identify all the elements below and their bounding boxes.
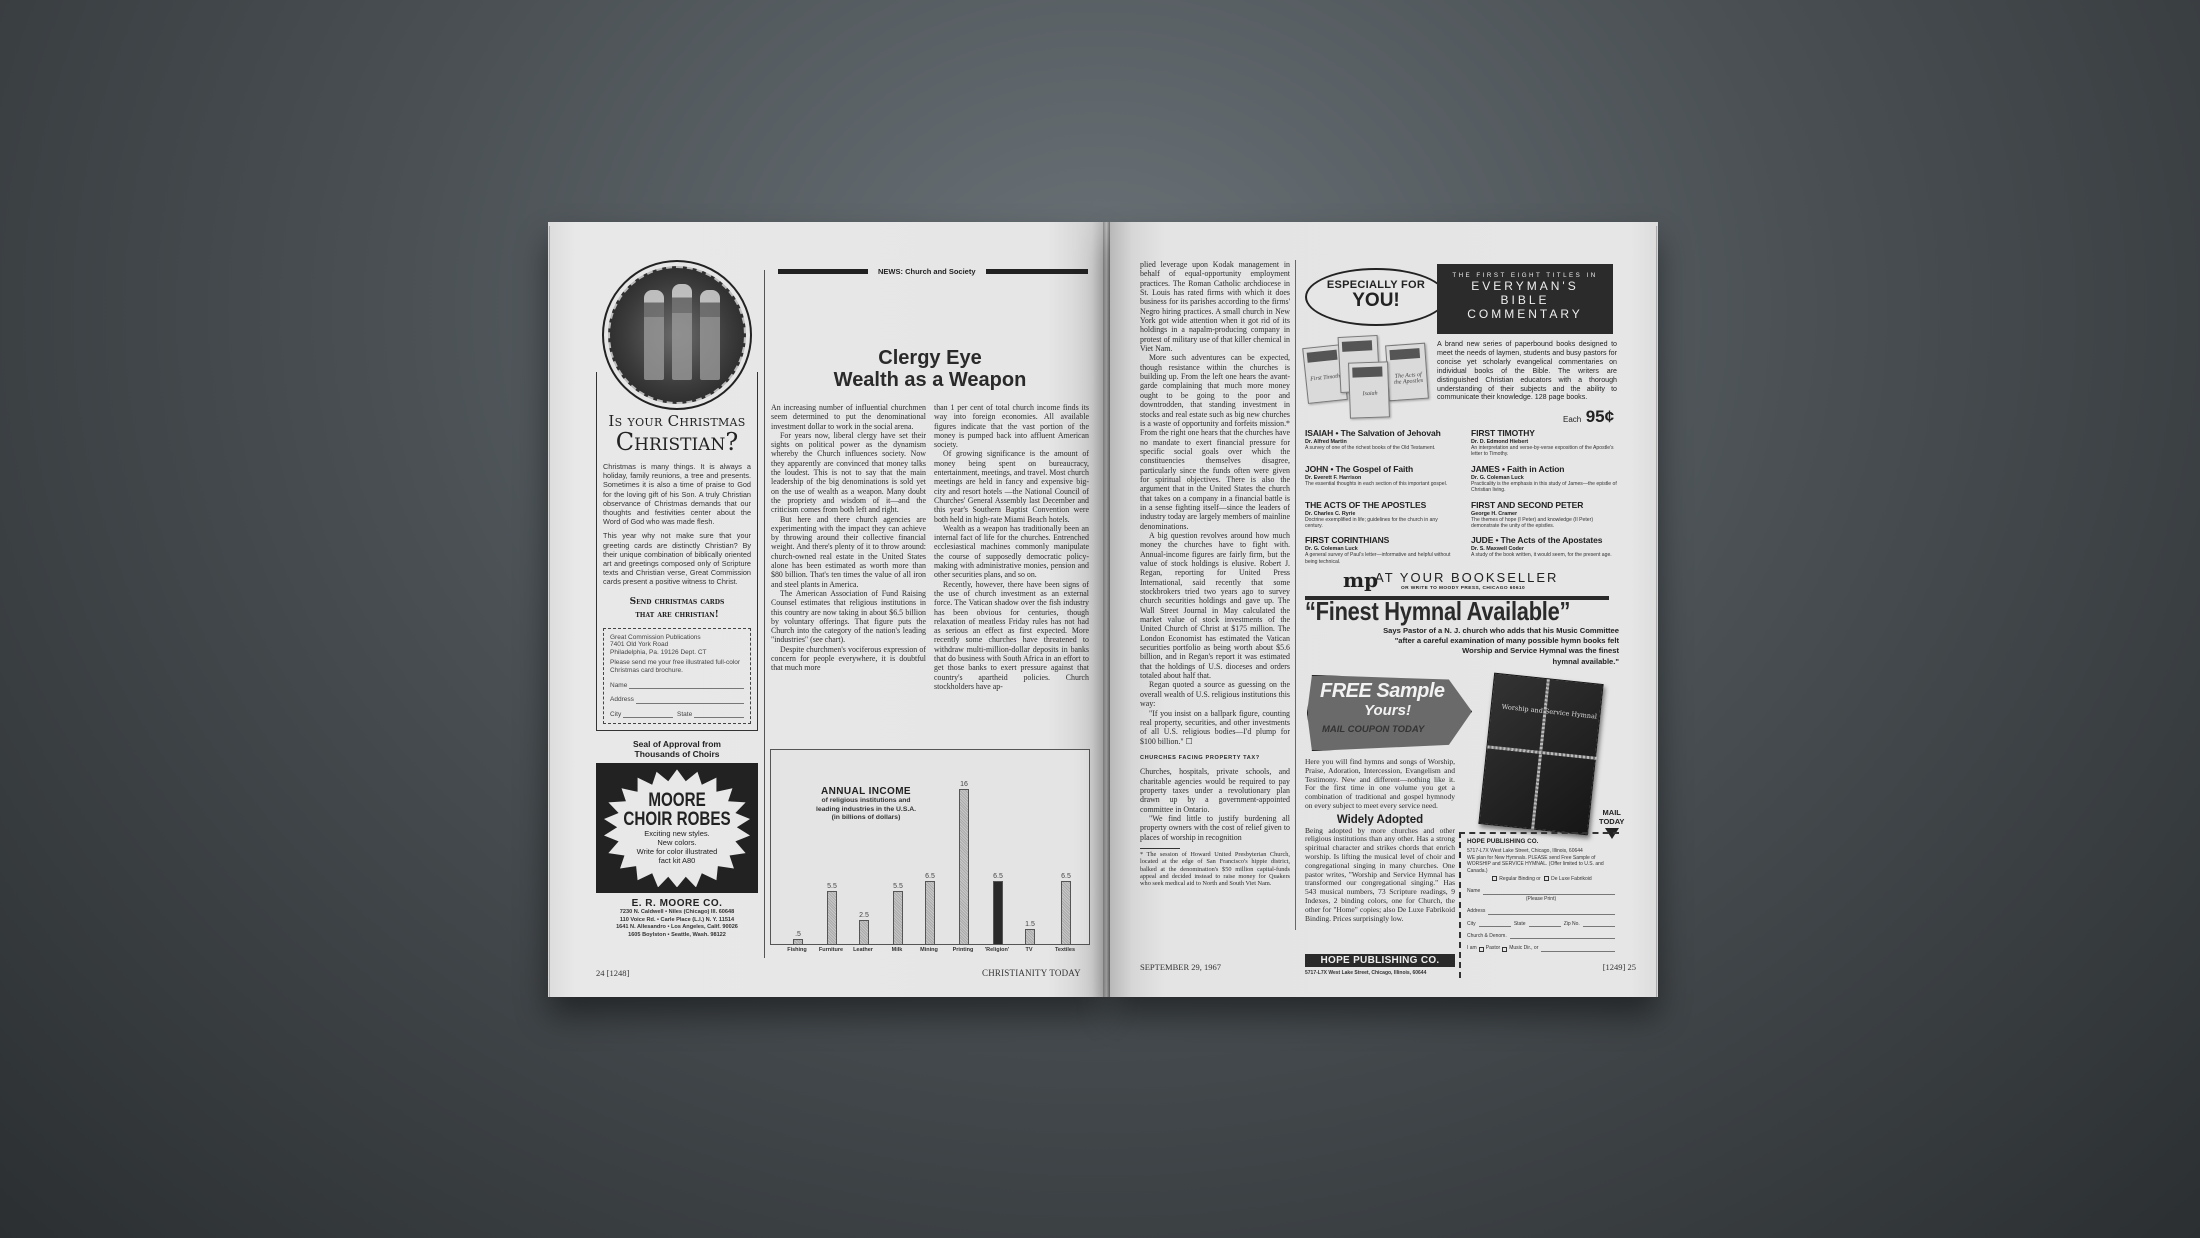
- chart-bar: 6.5: [925, 881, 935, 944]
- moore-title-1: MOORE: [623, 791, 730, 810]
- book-covers-image: First Timothy The Acts of the Apostles I…: [1305, 332, 1435, 422]
- footnote: * The session of Howard United Presbyter…: [1140, 851, 1290, 887]
- column-divider: [764, 270, 765, 958]
- coupon-role-field[interactable]: I am Pastor Music Dir., or: [1467, 945, 1615, 951]
- x-axis-label: Textiles: [1055, 947, 1075, 953]
- subhead: CHURCHES FACING PROPERTY TAX?: [1140, 754, 1290, 763]
- x-axis-label: Mining: [920, 947, 938, 953]
- section-rule-left: [778, 269, 868, 274]
- hymnal-coupon: HOPE PUBLISHING CO. 5717-L7X West Lake S…: [1459, 832, 1619, 978]
- title-entry: FIRST AND SECOND PETERGeorge H. CramerTh…: [1471, 500, 1621, 530]
- title-entry: ISAIAH • The Salvation of JehovahDr. Alf…: [1305, 428, 1455, 458]
- hymnal-book-image: Worship and Service Hymnal: [1478, 673, 1603, 836]
- moore-choir-robes-ad: MOORE CHOIR ROBES Exciting new styles. N…: [596, 763, 758, 893]
- column-divider: [1295, 260, 1296, 930]
- x-axis-label: 'Religion': [985, 947, 1009, 953]
- coupon-name-field[interactable]: Name: [1467, 888, 1615, 894]
- chart-bar: 5.5: [827, 891, 837, 944]
- xmas-coupon: Great Commission Publications 7401 Old Y…: [603, 628, 751, 725]
- xmas-cta-2: that are christian!: [603, 609, 751, 622]
- coupon-address-3: Philadelphia, Pa. 19126 Dept. CT: [610, 649, 744, 657]
- bar-value-label: 6.5: [985, 873, 1011, 880]
- coupon-address-field[interactable]: Address: [1467, 908, 1615, 914]
- section-header: NEWS: Church and Society: [778, 267, 1088, 275]
- coupon-address-2: 7401 Old York Road: [610, 641, 744, 649]
- chart-bar: 1.5: [1025, 929, 1035, 944]
- bar-value-label: 6.5: [1053, 873, 1079, 880]
- title-entry: JOHN • The Gospel of FaithDr. Everett F.…: [1305, 464, 1455, 494]
- hope-publishing-address: 5717-L7X West Lake Street, Chicago, Illi…: [1305, 970, 1455, 976]
- chart-bars: .55.52.55.56.5166.51.56.5: [771, 759, 1089, 944]
- coupon-city-state-zip-field[interactable]: CityStateZip No.: [1467, 921, 1615, 927]
- coupon-name-field[interactable]: Name: [610, 682, 744, 690]
- moore-title-2: CHOIR ROBES: [623, 810, 730, 829]
- hymnal-testimonial: Says Pastor of a N. J. church who adds t…: [1343, 626, 1619, 667]
- article-body-right: plied leverage upon Kodak management in …: [1140, 260, 1290, 887]
- title-entry: FIRST CORINTHIANSDr. G. Coleman LuckA ge…: [1305, 535, 1455, 565]
- section-label: NEWS: Church and Society: [868, 267, 986, 276]
- free-sample-tag: FREE Sample Yours! MAIL COUPON TODAY: [1307, 675, 1472, 751]
- hymnal-body: Here you will find hymns and songs of Wo…: [1305, 758, 1455, 923]
- moody-press-logo-icon: mp: [1343, 568, 1378, 592]
- bar-value-label: 1.5: [1017, 921, 1043, 928]
- section-rule-right: [986, 269, 1088, 274]
- price: Each 95¢: [1563, 407, 1614, 427]
- music-director-checkbox[interactable]: [1502, 947, 1507, 952]
- coupon-address-field[interactable]: Address: [610, 696, 744, 704]
- magazine-spread: Is your Christmas Christian? Christmas i…: [548, 222, 1658, 997]
- spine-gutter: [1103, 222, 1110, 997]
- chart-bar: 2.5: [859, 920, 869, 944]
- article-headline: Clergy Eye Wealth as a Weapon: [770, 347, 1090, 391]
- xmas-cta-1: Send christmas cards: [603, 596, 751, 609]
- annual-income-bar-chart: ANNUAL INCOME of religious institutions …: [770, 749, 1090, 945]
- bar-value-label: 16: [951, 781, 977, 788]
- xmas-ad-body-2: This year why not make sure that your gr…: [603, 531, 751, 586]
- magazine-name: CHRISTIANITY TODAY: [982, 968, 1081, 978]
- x-axis-label: Furniture: [819, 947, 843, 953]
- bar-value-label: 6.5: [917, 873, 943, 880]
- page-number-right: [1249] 25: [1603, 962, 1636, 972]
- moore-addresses: 7230 N. Caldwell • Niles (Chicago) Ill. …: [596, 909, 758, 939]
- coupon-city-state-field[interactable]: CityState: [610, 711, 744, 719]
- hymnal-ad-headline: “Finest Hymnal Available”: [1305, 596, 1570, 627]
- chart-bar: 6.5: [993, 881, 1003, 944]
- chart-bar: .5: [793, 939, 803, 944]
- christmas-card-ad: Is your Christmas Christian? Christmas i…: [596, 260, 758, 939]
- deluxe-binding-checkbox[interactable]: [1544, 876, 1549, 881]
- x-axis-label: Milk: [892, 947, 903, 953]
- x-axis-label: TV: [1025, 947, 1032, 953]
- x-axis-label: Leather: [853, 947, 873, 953]
- pastor-checkbox[interactable]: [1479, 947, 1484, 952]
- right-page: plied leverage upon Kodak management in …: [1110, 222, 1658, 997]
- hope-publishing-banner: HOPE PUBLISHING CO.: [1305, 954, 1455, 967]
- title-entry: JAMES • Faith in ActionDr. G. Coleman Lu…: [1471, 464, 1621, 494]
- coupon-request: Please send me your free illustrated ful…: [610, 659, 744, 674]
- commentary-description: A brand new series of paperbound books d…: [1437, 340, 1617, 402]
- bar-value-label: 2.5: [851, 912, 877, 919]
- x-axis-label: Fishing: [787, 947, 807, 953]
- chart-bar: 5.5: [893, 891, 903, 944]
- issue-date: SEPTEMBER 29, 1967: [1140, 962, 1221, 972]
- bar-value-label: 5.5: [885, 883, 911, 890]
- chart-bar: 6.5: [1061, 881, 1071, 944]
- title-entry: FIRST TIMOTHYDr. D. Edmond HiebertAn int…: [1471, 428, 1621, 458]
- page-number-left: 24 [1248]: [596, 968, 629, 978]
- everymans-bible-commentary-banner: THE FIRST EIGHT TITLES IN EVERYMAN'S BIB…: [1437, 264, 1613, 334]
- title-entry: JUDE • The Acts of the ApostatesDr. S. M…: [1471, 535, 1621, 565]
- bar-value-label: .5: [785, 931, 811, 938]
- x-axis-label: Printing: [953, 947, 974, 953]
- moore-company-name: E. R. MOORE CO.: [596, 898, 758, 909]
- article-column-1: An increasing number of influential chur…: [771, 403, 926, 691]
- bar-value-label: 5.5: [819, 883, 845, 890]
- coupon-church-field[interactable]: Church & Denom.: [1467, 933, 1615, 939]
- book-cover: Isaiah: [1348, 361, 1390, 418]
- xmas-ad-headline-2: Christian?: [603, 428, 751, 456]
- article-body-left: An increasing number of influential chur…: [771, 403, 1089, 691]
- commentary-titles-list: ISAIAH • The Salvation of JehovahDr. Alf…: [1305, 428, 1621, 565]
- coupon-address-1: Great Commission Publications: [610, 634, 744, 642]
- article-column-2: than 1 per cent of total church income f…: [934, 403, 1089, 691]
- book-cover: The Acts of the Apostles: [1385, 343, 1429, 402]
- left-page: Is your Christmas Christian? Christmas i…: [548, 222, 1103, 997]
- xmas-ad-body-1: Christmas is many things. It is always a…: [603, 462, 751, 526]
- moore-seal-text: Seal of Approval from Thousands of Choir…: [596, 739, 758, 759]
- chart-bar: 16: [959, 789, 969, 944]
- chart-x-axis-labels: FishingFurnitureLeatherMilkMiningPrintin…: [770, 947, 1090, 957]
- title-entry: THE ACTS OF THE APOSTLESDr. Charles C. R…: [1305, 500, 1455, 530]
- regular-binding-checkbox[interactable]: [1492, 876, 1497, 881]
- especially-for-you-oval: ESPECIALLY FOR YOU!: [1305, 268, 1447, 326]
